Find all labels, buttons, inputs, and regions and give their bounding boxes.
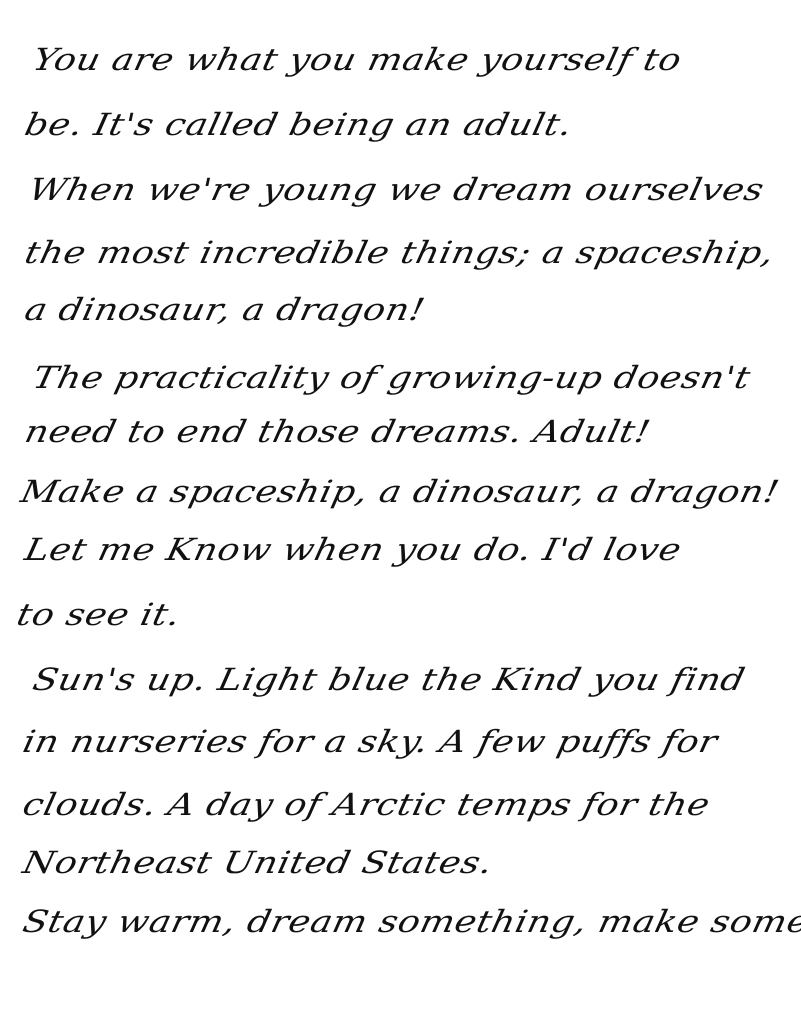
text-line: need to end those dreams. Adult! bbox=[22, 417, 653, 448]
text-line: Stay warm, dream something, make somethi… bbox=[20, 907, 801, 938]
text-line: The practicality of growing-up doesn't bbox=[30, 363, 753, 394]
text-line: Sun's up. Light blue the Kind you find bbox=[30, 665, 748, 696]
text-line: When we're young we dream ourselves bbox=[26, 175, 767, 206]
text-line: Let me Know when you do. I'd love bbox=[22, 535, 684, 566]
text-line: a dinosaur, a dragon! bbox=[22, 295, 428, 326]
handwritten-page: You are what you make yourself to be. It… bbox=[0, 0, 801, 1036]
text-line: clouds. A day of Arctic temps for the bbox=[20, 790, 713, 821]
text-line: to see it. bbox=[14, 600, 183, 631]
text-line: Northeast United States. bbox=[20, 848, 495, 879]
text-line: in nurseries for a sky. A few puffs for bbox=[20, 727, 720, 758]
text-line: Make a spaceship, a dinosaur, a dragon! bbox=[18, 477, 782, 508]
text-line: the most incredible things; a spaceship, bbox=[22, 238, 777, 269]
text-line: You are what you make yourself to bbox=[30, 45, 684, 76]
text-line: be. It's called being an adult. bbox=[22, 110, 575, 141]
